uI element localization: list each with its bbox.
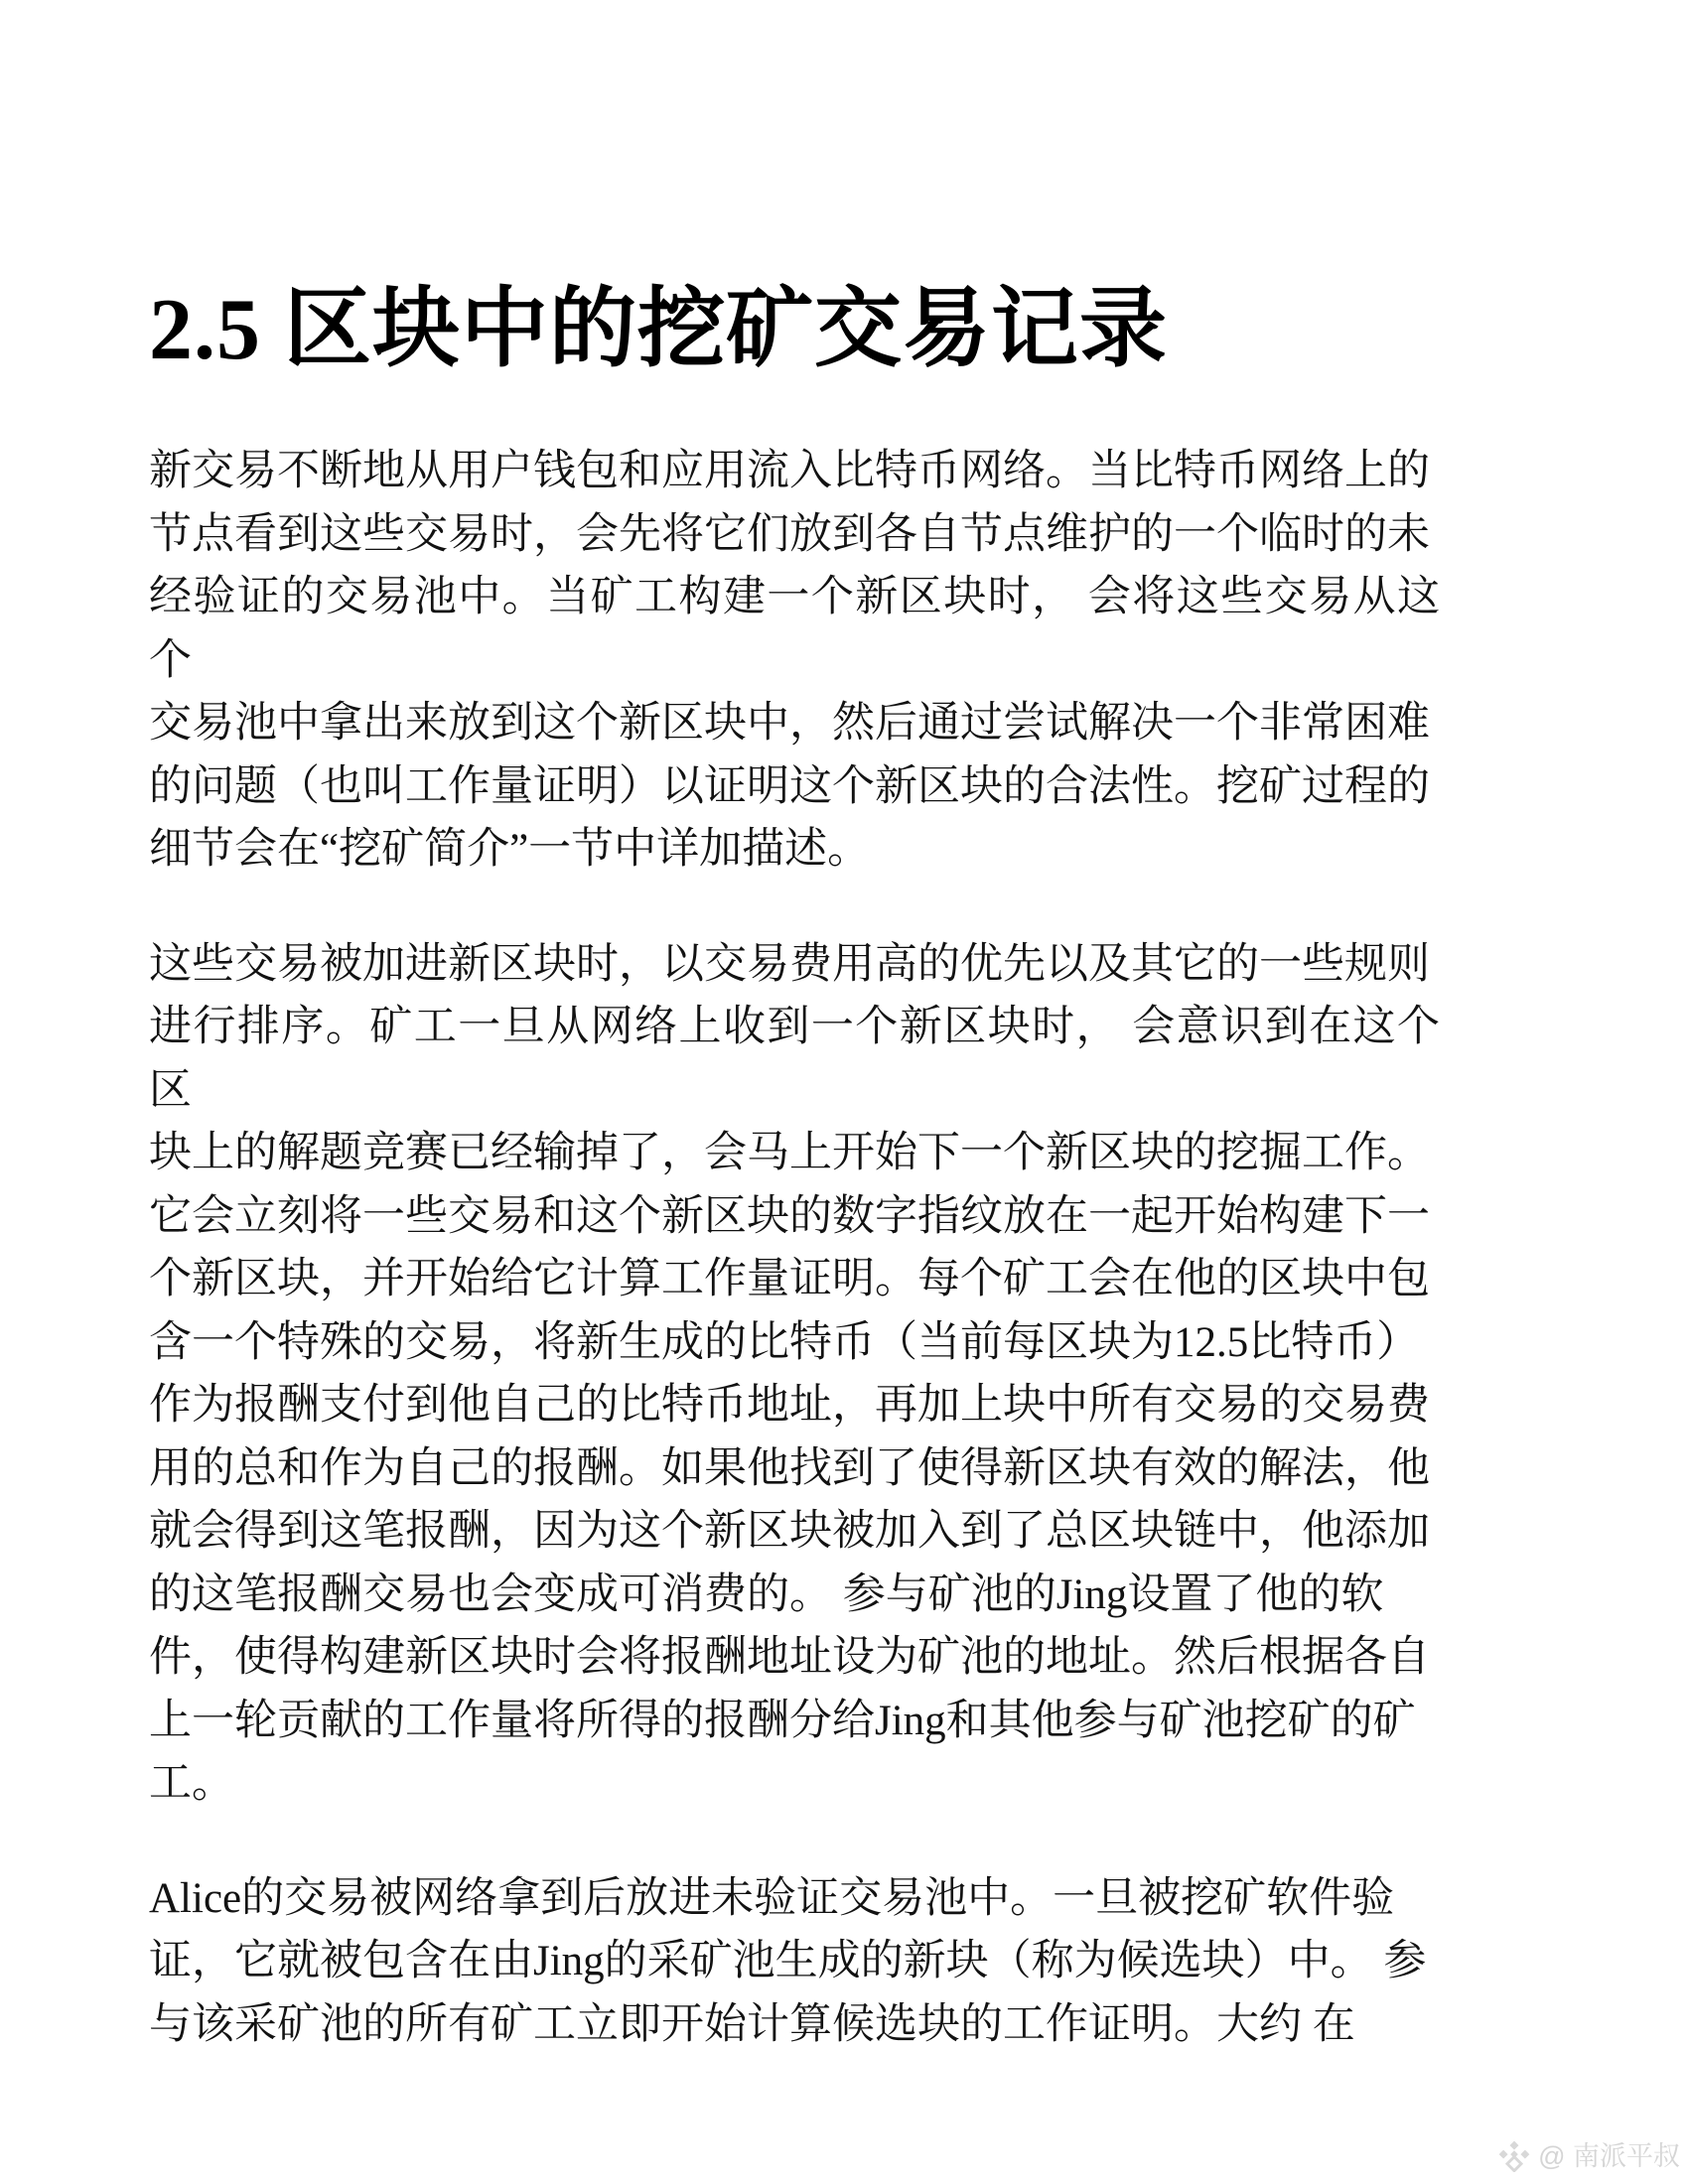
paragraph-1: 新交易不断地从用户钱包和应用流入比特币网络。当比特币网络上的 节点看到这些交易时… (149, 440, 1440, 882)
paragraph-2: 这些交易被加进新区块时，以交易费用高的优先以及其它的一些规则 进行排序。矿工一旦… (149, 933, 1440, 1816)
binance-diamond-icon (1498, 2140, 1530, 2172)
watermark: @ 南派平叔 (1498, 2140, 1680, 2172)
document-page: 2.5 区块中的挖矿交易记录 新交易不断地从用户钱包和应用流入比特币网络。当比特… (0, 0, 1688, 2184)
watermark-text: @ 南派平叔 (1538, 2140, 1680, 2172)
text-column: 2.5 区块中的挖矿交易记录 新交易不断地从用户钱包和应用流入比特币网络。当比特… (149, 0, 1440, 2056)
paragraph-3: Alice的交易被网络拿到后放进未验证交易池中。一旦被挖矿软件验 证，它就被包含… (149, 1867, 1440, 2057)
section-heading: 2.5 区块中的挖矿交易记录 (149, 281, 1440, 380)
